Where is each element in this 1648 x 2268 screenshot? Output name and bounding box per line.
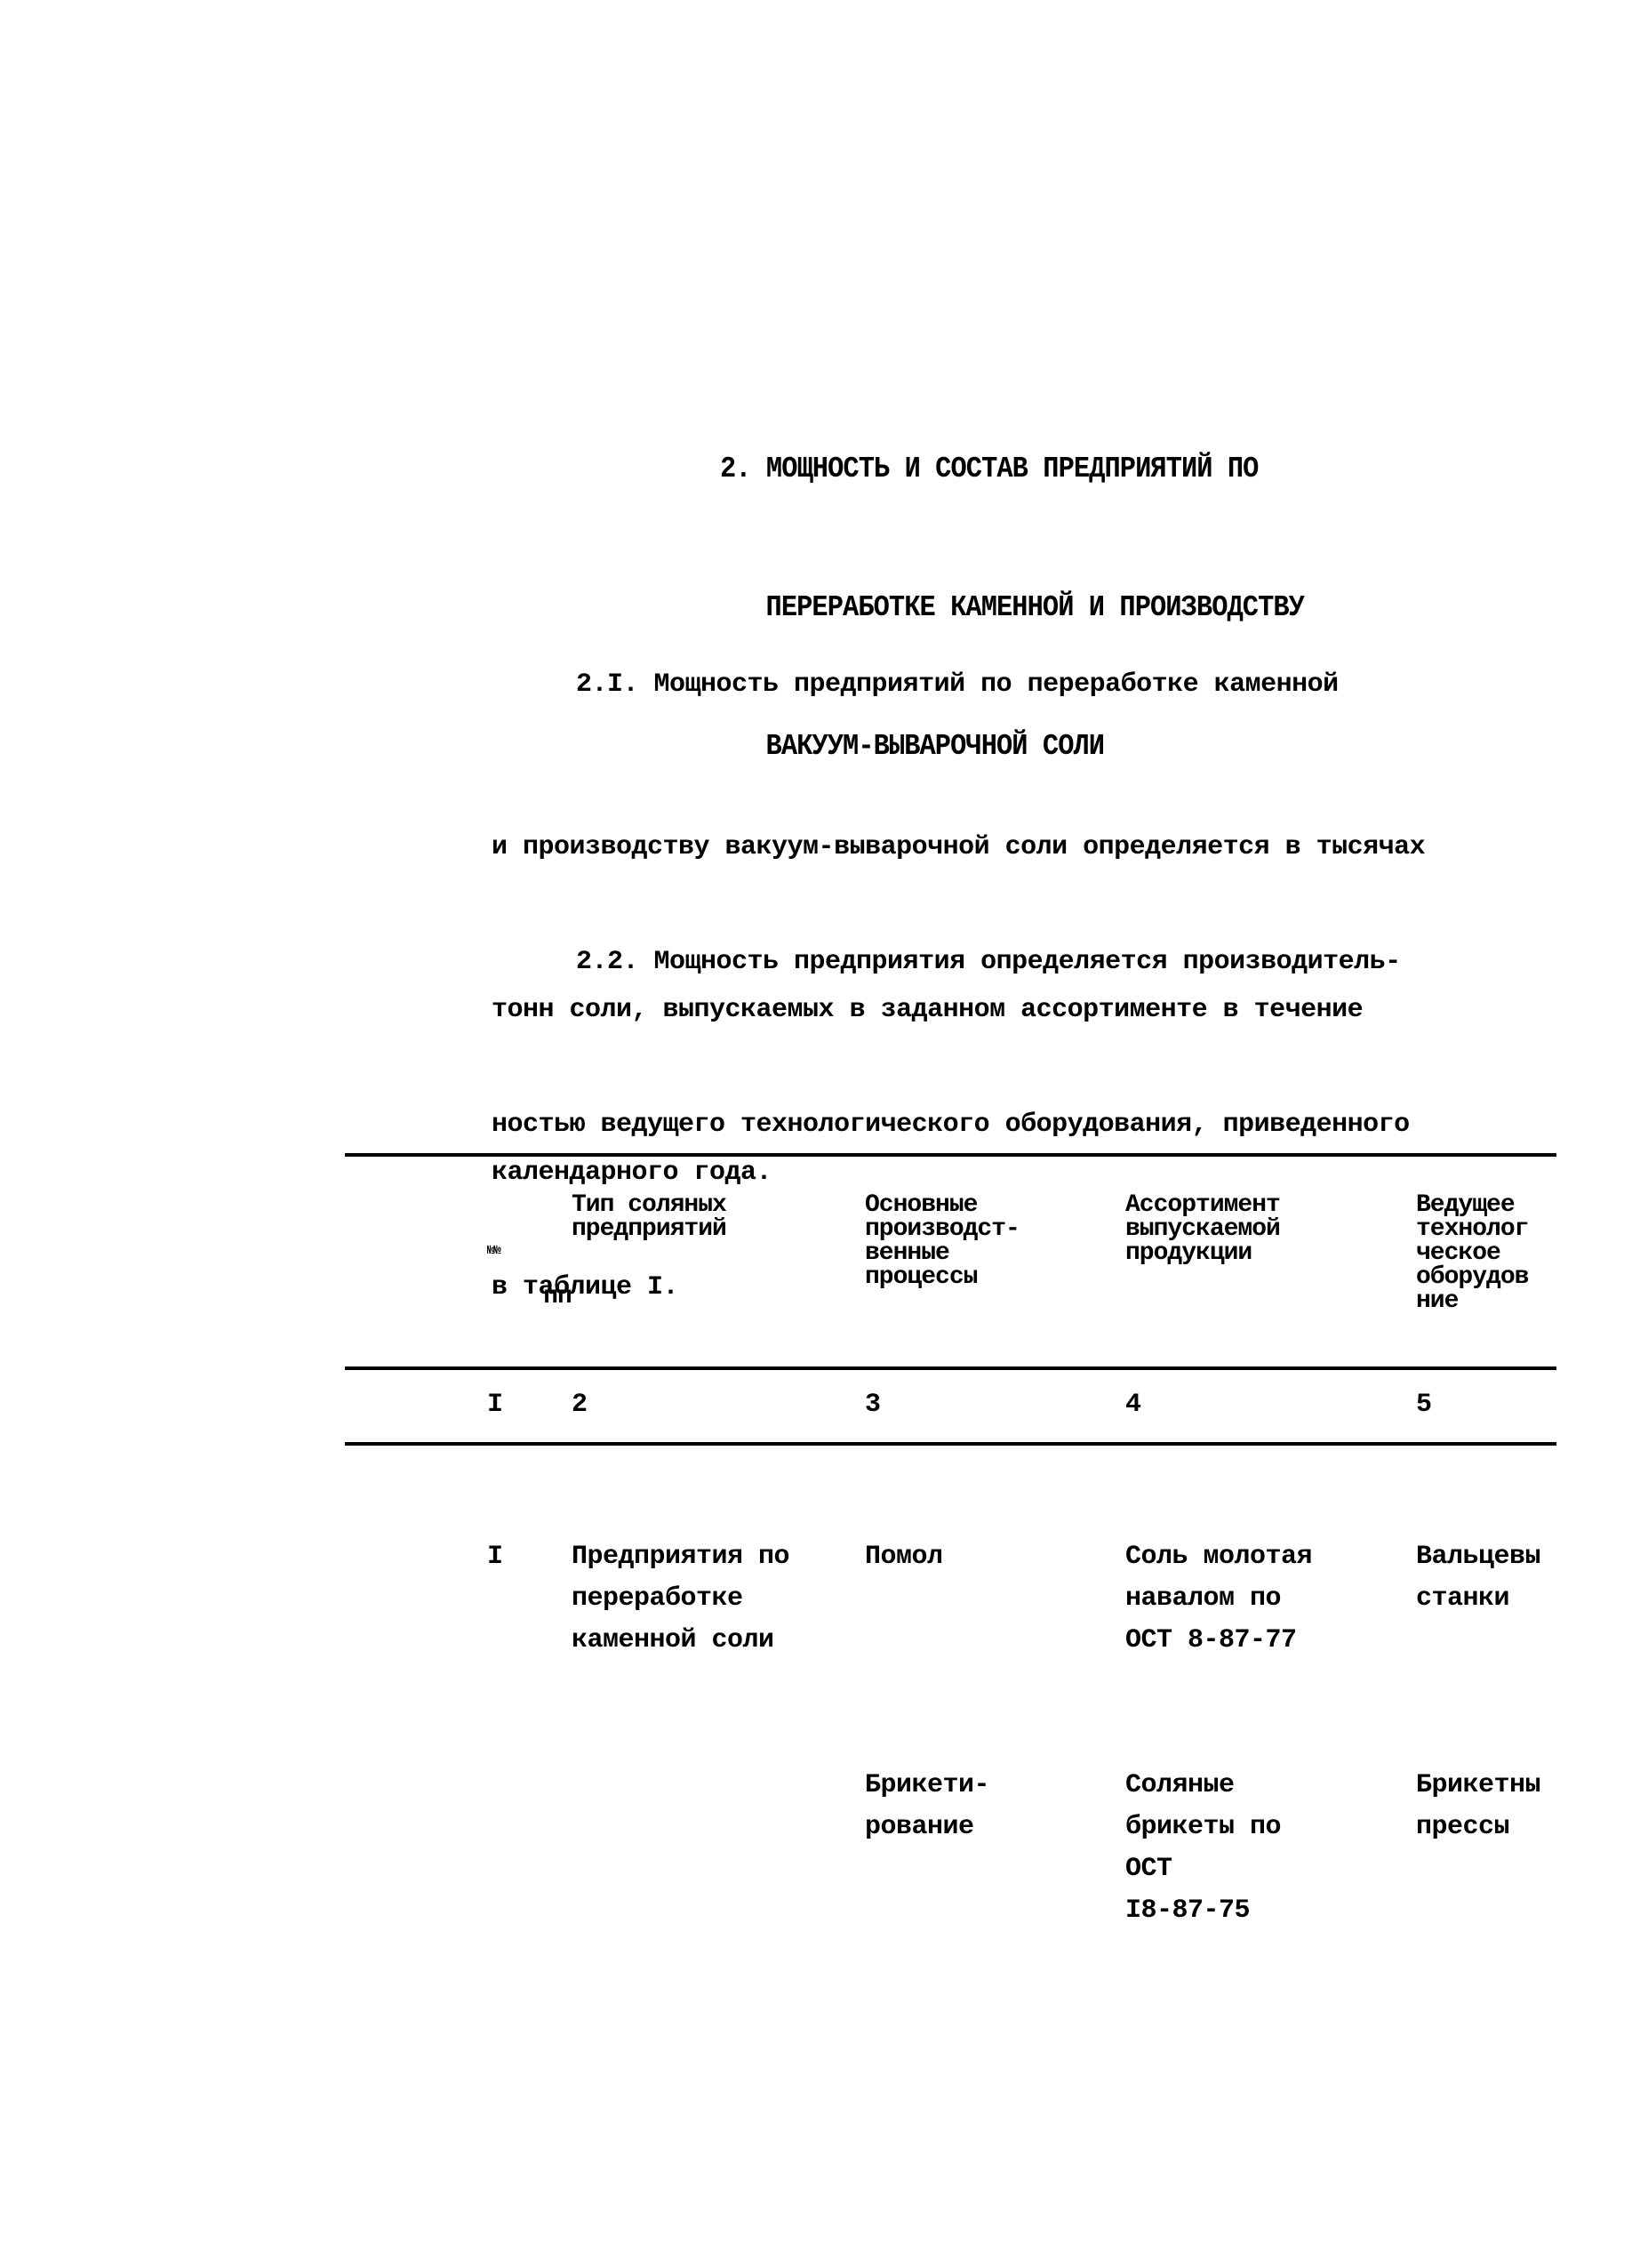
column-number: I	[487, 1387, 503, 1423]
column-number: 5	[1416, 1387, 1432, 1423]
table-cell-enterprise-type: Предприятия по переработке каменной соли	[572, 1536, 789, 1662]
table-numbers-rule	[345, 1442, 1556, 1446]
table-header-rule	[345, 1366, 1556, 1370]
table-cell-process: Брикети- рование	[865, 1765, 989, 1848]
header-row-number: №№ пп	[487, 1193, 572, 1333]
table-1: №№ пп Тип соляных предприятий Основные п…	[345, 1138, 1556, 2027]
table-cell-process: Помол	[865, 1536, 943, 1578]
header-leading-equipment: Ведущее технолог ческое оборудов ние	[1416, 1193, 1528, 1313]
table-cell-equipment: Вальцевы станки	[1416, 1536, 1540, 1620]
table-cell-row-number: I	[487, 1536, 503, 1578]
header-product-range: Ассортимент выпускаемой продукции	[1125, 1193, 1280, 1265]
number-sign: №№	[487, 1241, 572, 1261]
column-number: 4	[1125, 1387, 1141, 1423]
table-cell-equipment: Брикетны прессы	[1416, 1765, 1540, 1848]
heading-line-1: 2. МОЩНОСТЬ И СОСТАВ ПРЕДПРИЯТИЙ ПО	[720, 446, 1304, 493]
paragraph-line: 2.2. Мощность предприятия определяется п…	[492, 935, 1410, 990]
column-number: 3	[865, 1387, 881, 1423]
table-cell-product: Соль молотая навалом по ОСТ 8-87-77	[1125, 1536, 1312, 1662]
column-number: 2	[572, 1387, 588, 1423]
header-enterprise-type: Тип соляных предприятий	[572, 1193, 726, 1241]
table-top-rule	[345, 1153, 1556, 1157]
paragraph-line: 2.I. Мощность предприятий по переработке…	[492, 658, 1425, 712]
header-text: пп	[543, 1283, 572, 1310]
table-cell-product: Соляные брикеты по ОСТ I8-87-75	[1125, 1765, 1281, 1932]
header-main-processes: Основные производст- венные процессы	[865, 1193, 1020, 1289]
